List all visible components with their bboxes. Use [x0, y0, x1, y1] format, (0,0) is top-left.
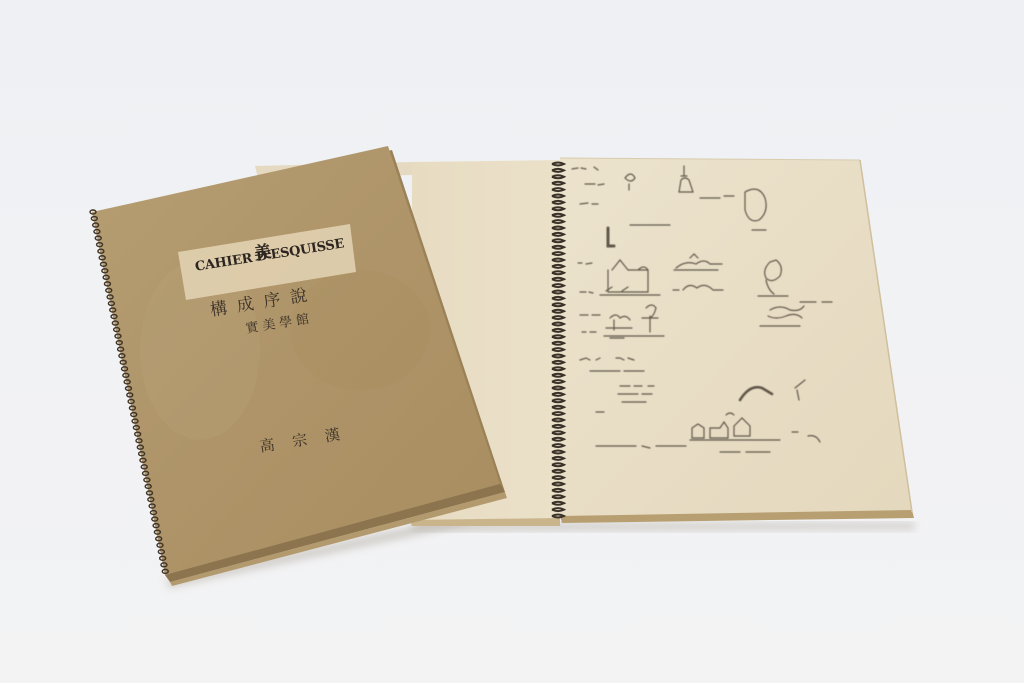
notebooks-illustration	[0, 0, 1024, 683]
photo-scene: 美 CAHIER D'ESQUISSE 構成序說 實美學館 高宗漢	[0, 0, 1024, 683]
